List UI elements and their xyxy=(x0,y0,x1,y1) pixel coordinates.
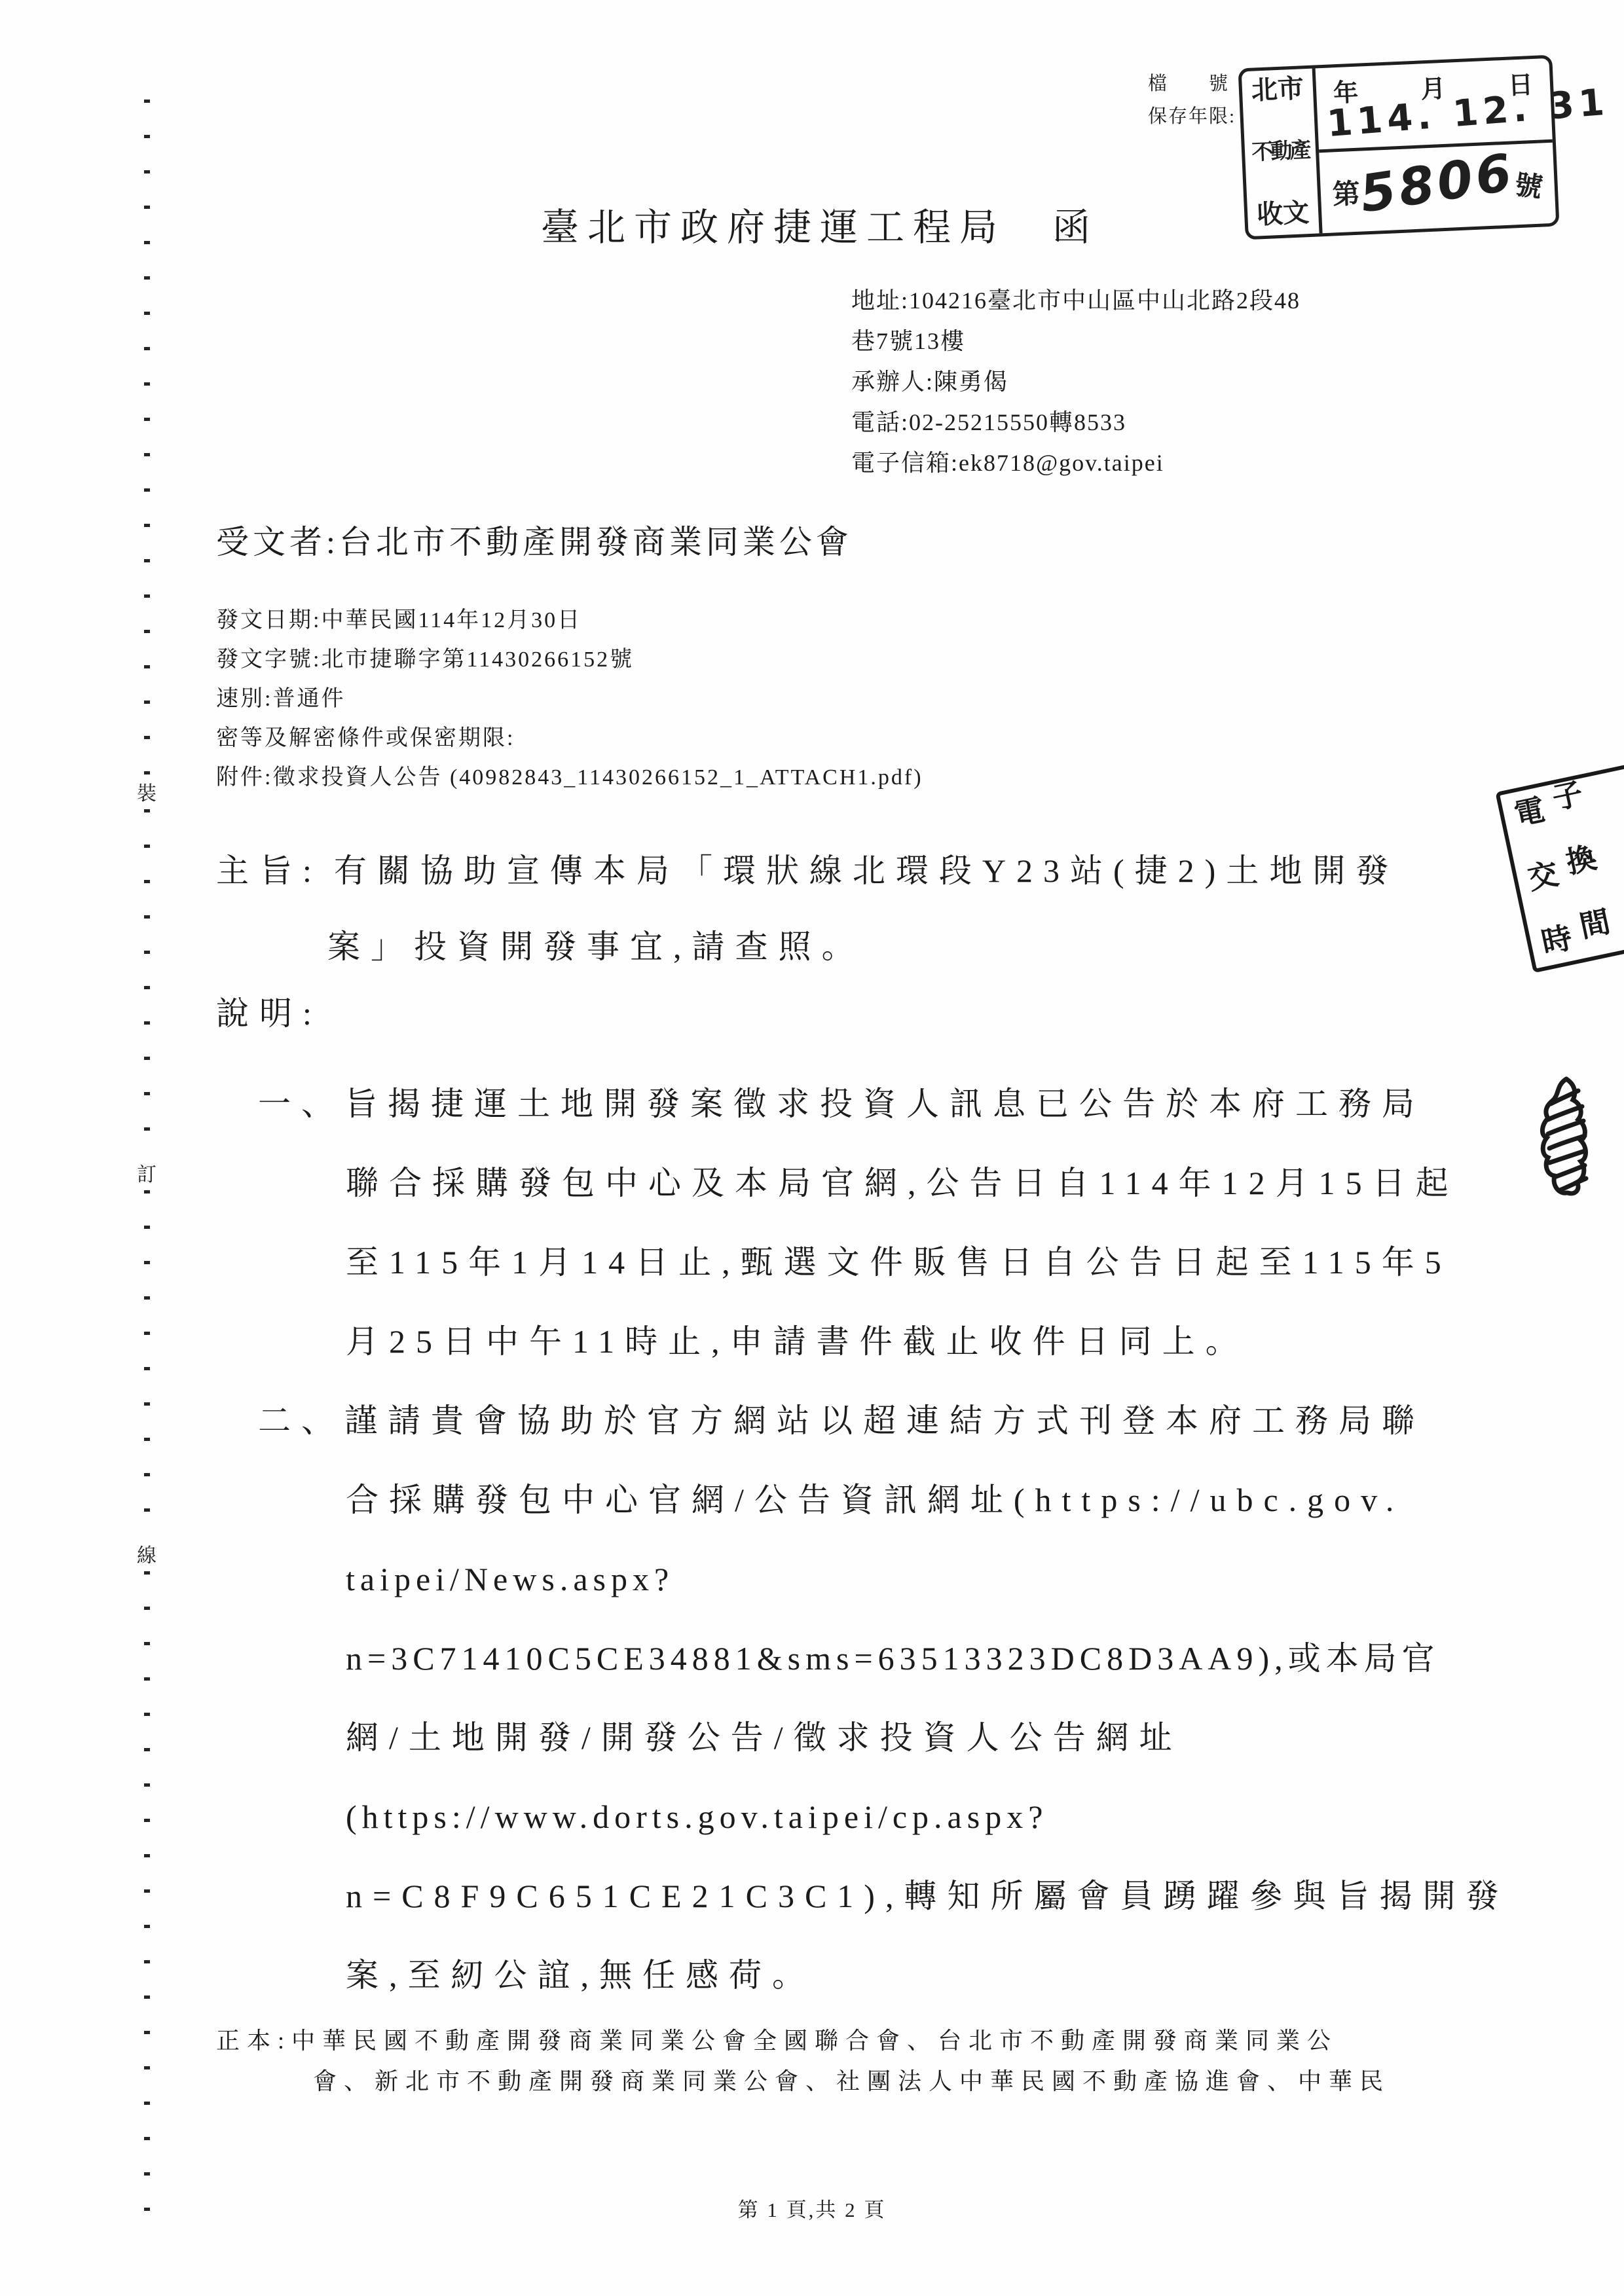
explanation-line: taipei/News.aspx? xyxy=(216,1540,1509,1619)
subject-label: 主旨: xyxy=(216,833,322,909)
stamp-org-receive: 收文 xyxy=(1256,200,1310,228)
email-line: 電子信箱:ek8718@gov.taipei xyxy=(851,443,1301,483)
exchange-stamp-char: 換 xyxy=(1564,843,1600,879)
exchange-stamp-char: 子 xyxy=(1550,778,1586,814)
stamp-handwritten-date: 114. 12. 31 xyxy=(1325,81,1610,146)
address-line-1: 地址:104216臺北市中山區中山北路2段48 xyxy=(851,280,1301,321)
explanation-line: 至115年1月14日止,甄選文件販售日自公告日起至115年5 xyxy=(216,1223,1509,1302)
receipt-stamp-fields: 年 月 日 114. 12. 31 第 5806 號 xyxy=(1315,58,1556,233)
subject-block: 主旨: 有關協助宣傳本局「環狀線北環段Y23站(捷2)土地開發 案」投資開發事宜… xyxy=(216,833,1399,985)
recipient-line: 受文者:台北市不動產開發商業同業公會 xyxy=(216,516,853,563)
page-footer: 第 1 頁,共 2 頁 xyxy=(738,2193,887,2223)
binding-dotted-line xyxy=(144,1571,150,2239)
explanation-line: 聯合採購發包中心及本局官網,公告日自114年12月15日起 xyxy=(216,1144,1509,1223)
explanation-line: 合採購發包中心官網/公告資訊網址(https://ubc.gov. xyxy=(216,1461,1509,1540)
doc-number-line: 發文字號:北市捷聯字第11430266152號 xyxy=(216,640,923,680)
stamp-handwritten-number: 5806 xyxy=(1356,143,1519,224)
explanation-body: 一、旨揭捷運土地開發案徵求投資人訊息已公告於本府工務局 聯合採購發包中心及本局官… xyxy=(216,1065,1509,2015)
scribble-mark xyxy=(1530,1075,1598,1206)
copy-to-block: 正本:中華民國不動產開發商業同業公會全國聯合會、台北市不動產開發商業同業公 會、… xyxy=(216,2020,1390,2102)
issue-date-line: 發文日期:中華民國114年12月30日 xyxy=(216,601,923,640)
retention-label: 保存年限: xyxy=(1148,100,1236,133)
attachment-line: 附件:徵求投資人公告 (40982843_11430266152_1_ATTAC… xyxy=(216,758,923,797)
explanation-line: 二、謹請貴會協助於官方網站以超連結方式刊登本府工務局聯 xyxy=(216,1381,1509,1461)
explanation-line: n=3C71410C5CE34881&sms=63513323DC8D3AA9)… xyxy=(216,1619,1509,1698)
binding-strip: 裝 訂 線 xyxy=(134,100,160,2239)
receipt-stamp-date-row: 年 月 日 114. 12. 31 xyxy=(1315,58,1552,153)
exchange-stamp-char: 時 xyxy=(1539,923,1575,959)
explanation-line: 一、旨揭捷運土地開發案徵求投資人訊息已公告於本府工務局 xyxy=(216,1065,1509,1144)
subject-line-2: 案」投資開發事宜,請查照。 xyxy=(216,909,1399,985)
stamp-org-union: 不動產 xyxy=(1251,140,1309,164)
binding-mark: 裝 xyxy=(137,779,157,809)
receipt-stamp-org: 北市 不動產 收文 xyxy=(1242,68,1323,236)
exchange-stamp-char: 交 xyxy=(1525,859,1561,895)
explanation-line: 月25日中午11時止,申請書件截止收件日同上。 xyxy=(216,1302,1509,1381)
security-line: 密等及解密條件或保密期限: xyxy=(216,719,923,758)
file-no-label: 檔 號 xyxy=(1148,67,1236,100)
phone-line: 電話:02-25215550轉8533 xyxy=(851,402,1301,443)
explanation-label: 說明: xyxy=(216,987,322,1034)
electronic-exchange-stamp: 電 交 時 子 換 間 xyxy=(1495,759,1624,974)
exchange-stamp-char: 間 xyxy=(1577,907,1613,943)
stamp-org-city: 北市 xyxy=(1251,75,1304,103)
explanation-line: 網/土地開發/開發公告/徵求投資人公告網址 xyxy=(216,1698,1509,1777)
binding-dotted-line xyxy=(144,1190,150,1541)
binding-dotted-line xyxy=(144,809,150,1160)
receipt-stamp-number-row: 第 5806 號 xyxy=(1319,143,1556,233)
stamp-no-suffix: 號 xyxy=(1512,162,1545,206)
address-line-2: 巷7號13樓 xyxy=(851,321,1301,361)
speed-line: 速別:普通件 xyxy=(216,680,923,719)
sender-info: 地址:104216臺北市中山區中山北路2段48 巷7號13樓 承辦人:陳勇偈 電… xyxy=(851,280,1301,483)
subject-line-1: 有關協助宣傳本局「環狀線北環段Y23站(捷2)土地開發 xyxy=(334,833,1399,909)
binding-dotted-line xyxy=(144,100,150,779)
document-page: 裝 訂 線 檔 號 保存年限: 北市 不動產 收文 年 月 日 114. 12.… xyxy=(0,0,1624,2296)
binding-mark: 訂 xyxy=(137,1160,157,1190)
binding-mark: 線 xyxy=(137,1541,157,1571)
copy-to-line-1: 正本:中華民國不動產開發商業同業公會全國聯合會、台北市不動產開發商業同業公 xyxy=(216,2020,1390,2061)
stamp-no-prefix: 第 xyxy=(1331,172,1361,212)
explanation-line: 案,至紉公誼,無任感荷。 xyxy=(216,1936,1509,2015)
receipt-stamp: 北市 不動產 收文 年 月 日 114. 12. 31 第 5806 號 xyxy=(1238,55,1560,240)
exchange-stamp-char: 電 xyxy=(1512,795,1548,831)
explanation-line: n=C8F9C651CE21C3C1),轉知所屬會員踴躍參與旨揭開發 xyxy=(216,1857,1509,1936)
meta-block: 發文日期:中華民國114年12月30日 發文字號:北市捷聯字第114302661… xyxy=(216,601,923,797)
document-title: 臺北市政府捷運工程局 函 xyxy=(541,196,1099,251)
officer-line: 承辦人:陳勇偈 xyxy=(851,361,1301,402)
copy-to-line-2: 會、新北市不動產開發商業同業公會、社團法人中華民國不動產協進會、中華民 xyxy=(216,2061,1390,2102)
file-labels: 檔 號 保存年限: xyxy=(1148,67,1236,133)
explanation-line: (https://www.dorts.gov.taipei/cp.aspx? xyxy=(216,1777,1509,1857)
